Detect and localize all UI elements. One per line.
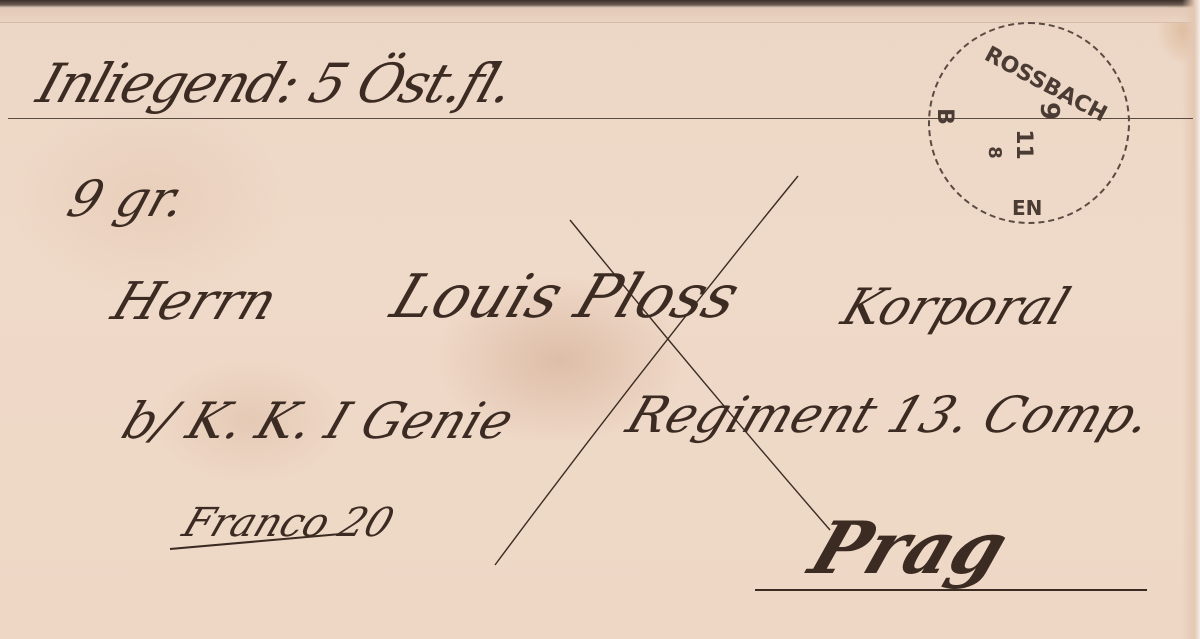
postage-note: 9 gr. (61, 170, 194, 228)
postmark-stamp: ROSSBACH B EN 9 11 8 (928, 22, 1130, 224)
address-rank: Korporal (834, 278, 1077, 336)
address-unit: b/ K. K. I Genie (114, 392, 521, 450)
enclosure-note-text: Inliegend: 5 Öst.fl. (30, 52, 521, 115)
postmark-region-end: EN (1012, 196, 1042, 220)
enclosure-note: Inliegend: 5 Öst.fl. (30, 52, 521, 115)
postmark-day: 9 (1034, 102, 1064, 120)
address-city: Prag (800, 505, 1020, 590)
postmark-month: 11 (1011, 129, 1036, 160)
address-regiment: Regiment 13. Comp. (619, 386, 1160, 444)
franco-note: Franco 20 (177, 500, 400, 546)
address-salutation: Herrn (104, 272, 285, 332)
address-name: Louis Ploss (382, 262, 748, 332)
postmark-time: 8 (984, 146, 1005, 159)
postmark-region-start: B (932, 108, 957, 125)
